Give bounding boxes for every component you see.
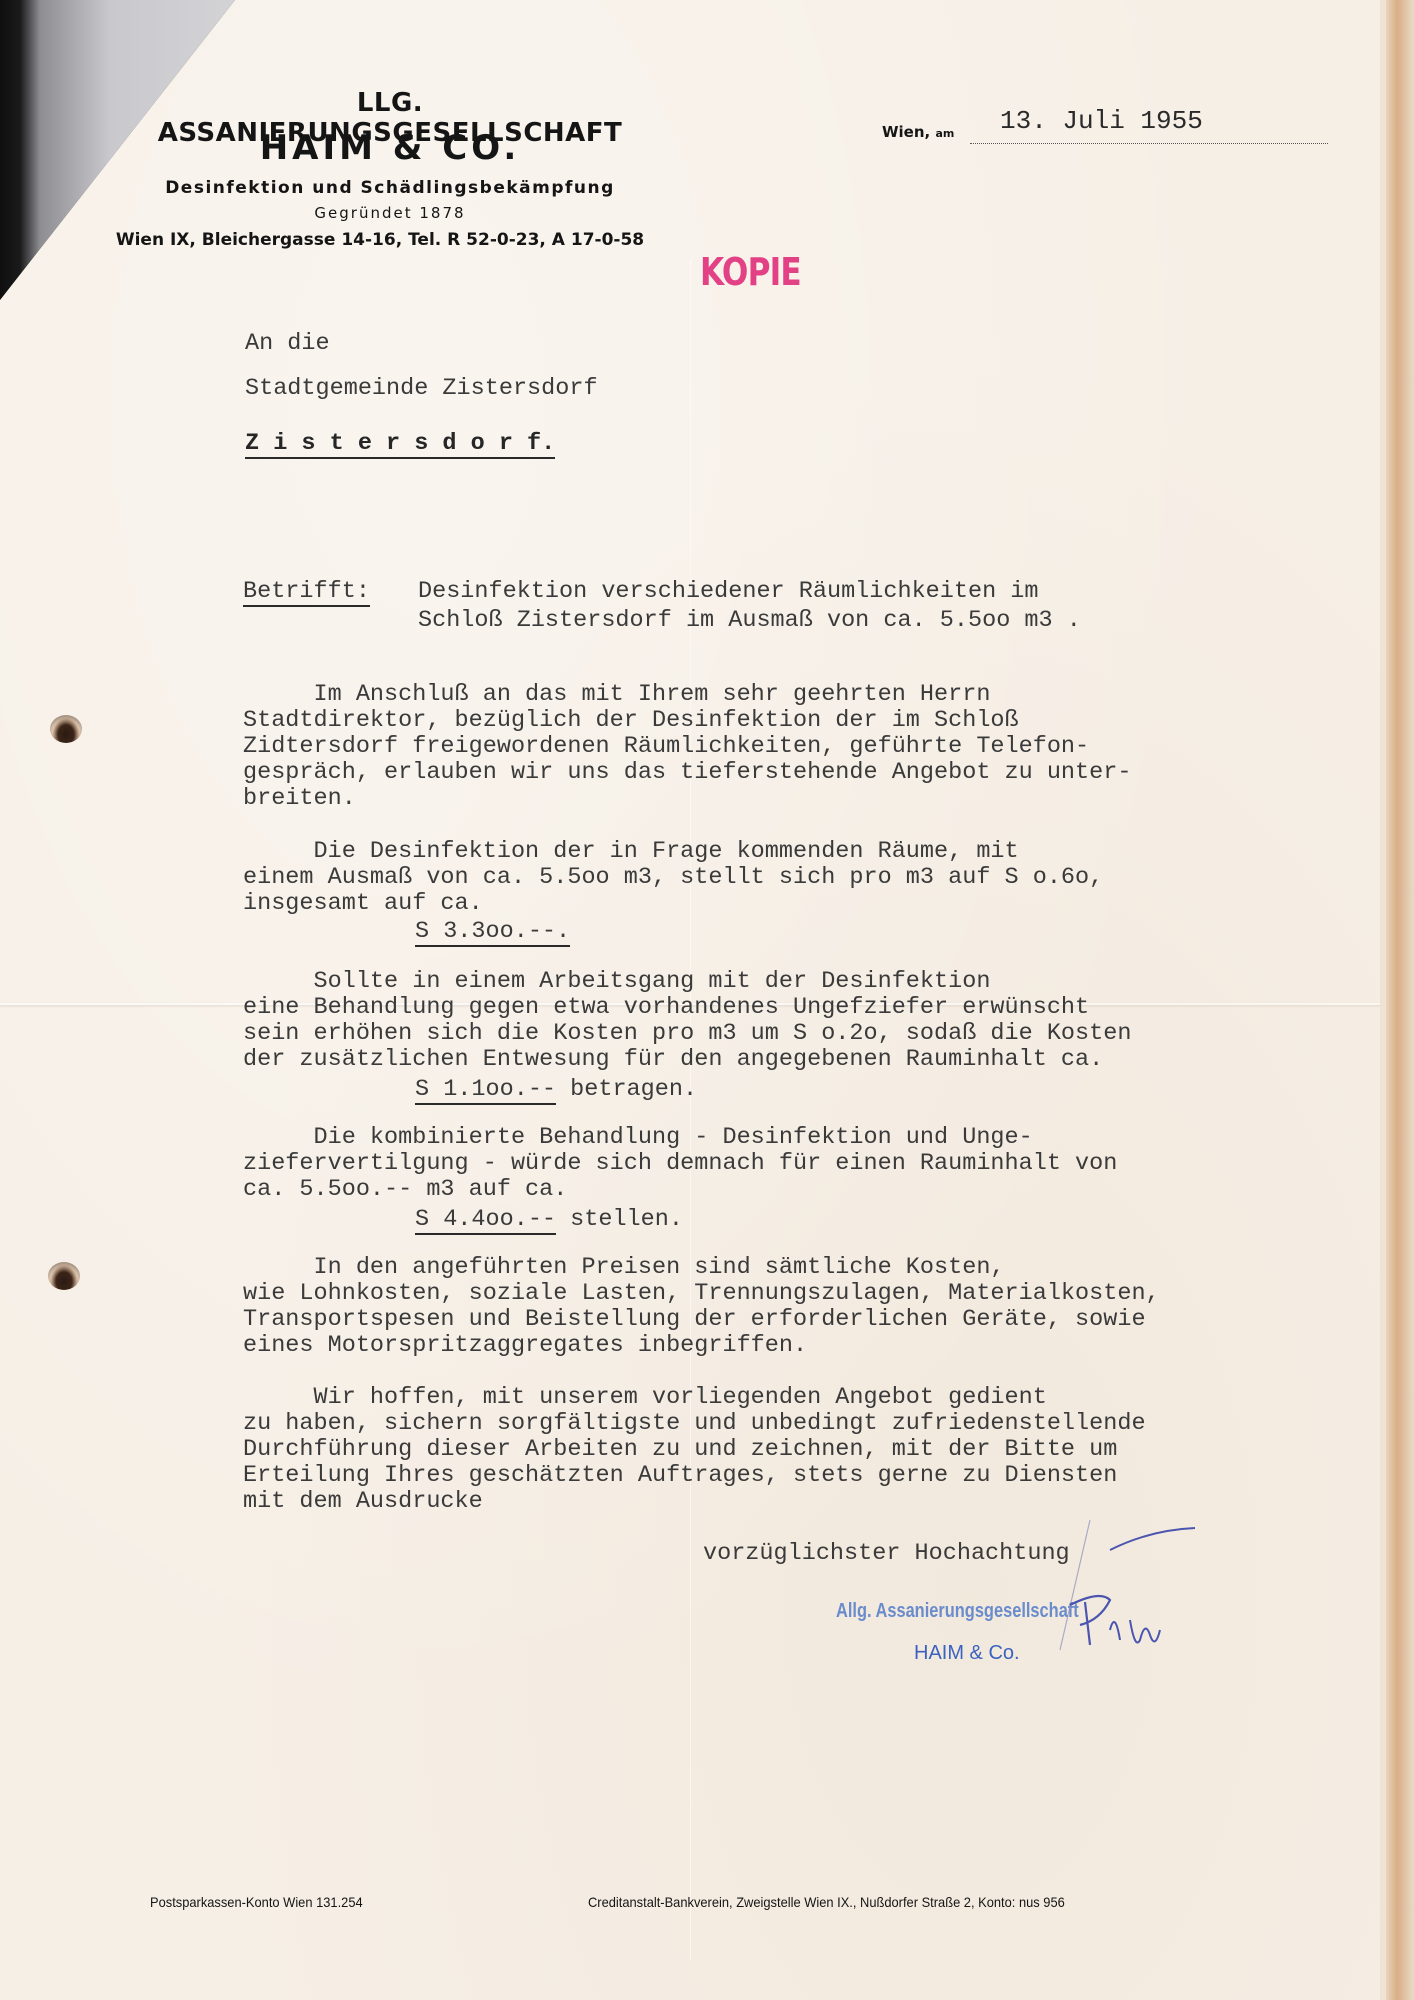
body-p3-line: Sollte in einem Arbeitsgang mit der Desi… [243,968,990,995]
amount-combined: S 4.4oo.-- [415,1206,556,1235]
body-p1-line: Stadtdirektor, bezüglich der Desinfektio… [243,707,1019,734]
body-p2-line: einem Ausmaß von ca. 5.5oo m3, stellt si… [243,864,1103,891]
company-stamp-line-2: HAIM & Co. [914,1642,1020,1665]
body-p1-line: Zidtersdorf freigewordenen Räumlichkeite… [243,733,1089,760]
body-p1-line: breiten. [243,785,356,812]
underlying-sheet-edge [1386,0,1414,2000]
footer-bank-account: Creditanstalt-Bankverein, Zweigstelle Wi… [588,1894,1065,1910]
body-p6-line: Durchführung dieser Arbeiten zu und zeic… [243,1436,1117,1463]
body-p3-line: der zusätzlichen Entwesung für den angeg… [243,1046,1103,1073]
am-label: am [935,127,954,140]
body-p5-line: wie Lohnkosten, soziale Lasten, Trennung… [243,1280,1160,1307]
body-p4-line: ca. 5.5oo.-- m3 auf ca. [243,1176,567,1203]
body-p5-line: eines Motorspritzaggregates inbegriffen. [243,1332,807,1359]
body-p2-line: Die Desinfektion der in Frage kommenden … [243,838,1019,865]
letterhead-address: Wien IX, Bleichergasse 14-16, Tel. R 52-… [100,230,660,250]
amount-pest-control: S 1.1oo.-- [415,1076,556,1105]
amount-combined-line: S 4.4oo.-- stellen. [415,1206,683,1233]
date-dotted-line [970,143,1328,144]
letter-page: LLG. ASSANIERUNGSGESELLSCHAFT HAIM & CO.… [0,0,1386,2000]
letterhead-company-name: HAIM & CO. [140,128,640,168]
amount-combined-suffix: stellen. [556,1206,683,1233]
recipient-city: Z i s t e r s d o r f. [245,430,555,459]
body-p5-line: Transportspesen und Beistellung der erfo… [243,1306,1146,1333]
body-p6-line: zu haben, sichern sorgfältigste und unbe… [243,1410,1146,1437]
body-p4-line: Die kombinierte Behandlung - Desinfektio… [243,1124,1033,1151]
amount-pest-suffix: betragen. [556,1076,697,1103]
letter-date: 13. Juli 1955 [1000,106,1203,136]
amount-pest-line: S 1.1oo.-- betragen. [415,1076,697,1103]
punch-hole-icon [48,1262,80,1290]
body-p5-line: In den angeführten Preisen sind sämtlich… [243,1254,1005,1281]
recipient-line-2: Stadtgemeinde Zistersdorf [245,375,598,402]
body-p3-line: eine Behandlung gegen etwa vorhandenes U… [243,994,1089,1021]
body-p2-line: insgesamt auf ca. [243,890,483,917]
amount-disinfection: S 3.3oo.--. [415,918,570,947]
handwritten-signature-icon [1040,1510,1200,1690]
body-p3-line: sein erhöhen sich die Kosten pro m3 um S… [243,1020,1131,1047]
dateline-place: Wien, am [882,123,954,141]
closing-phrase: vorzüglichster Hochachtung [703,1540,1070,1567]
footer-postal-account: Postsparkassen-Konto Wien 131.254 [150,1894,363,1910]
body-p1-line: gespräch, erlauben wir uns das tieferste… [243,759,1131,786]
subject-line-1: Desinfektion verschiedener Räumlichkeite… [418,578,1039,605]
body-p1-line: Im Anschluß an das mit Ihrem sehr geehrt… [243,681,990,708]
body-p6-line: mit dem Ausdrucke [243,1488,483,1515]
place-label: Wien, [882,123,930,141]
body-p4-line: ziefervertilgung - würde sich demnach fü… [243,1150,1117,1177]
letterhead-founded: Gegründet 1878 [140,204,640,222]
fold-crease-vertical [690,260,691,1960]
body-p6-line: Wir hoffen, mit unserem vorliegenden Ang… [243,1384,1047,1411]
recipient-line-1: An die [245,330,330,357]
body-p6-line: Erteilung Ihres geschätzten Auftrages, s… [243,1462,1117,1489]
subject-line-2: Schloß Zistersdorf im Ausmaß von ca. 5.5… [418,607,1081,634]
letterhead-tagline: Desinfektion und Schädlingsbekämpfung [140,178,640,198]
copy-stamp: KOPIE [700,250,801,294]
punch-hole-icon [50,715,82,743]
subject-label: Betrifft: [243,578,370,607]
